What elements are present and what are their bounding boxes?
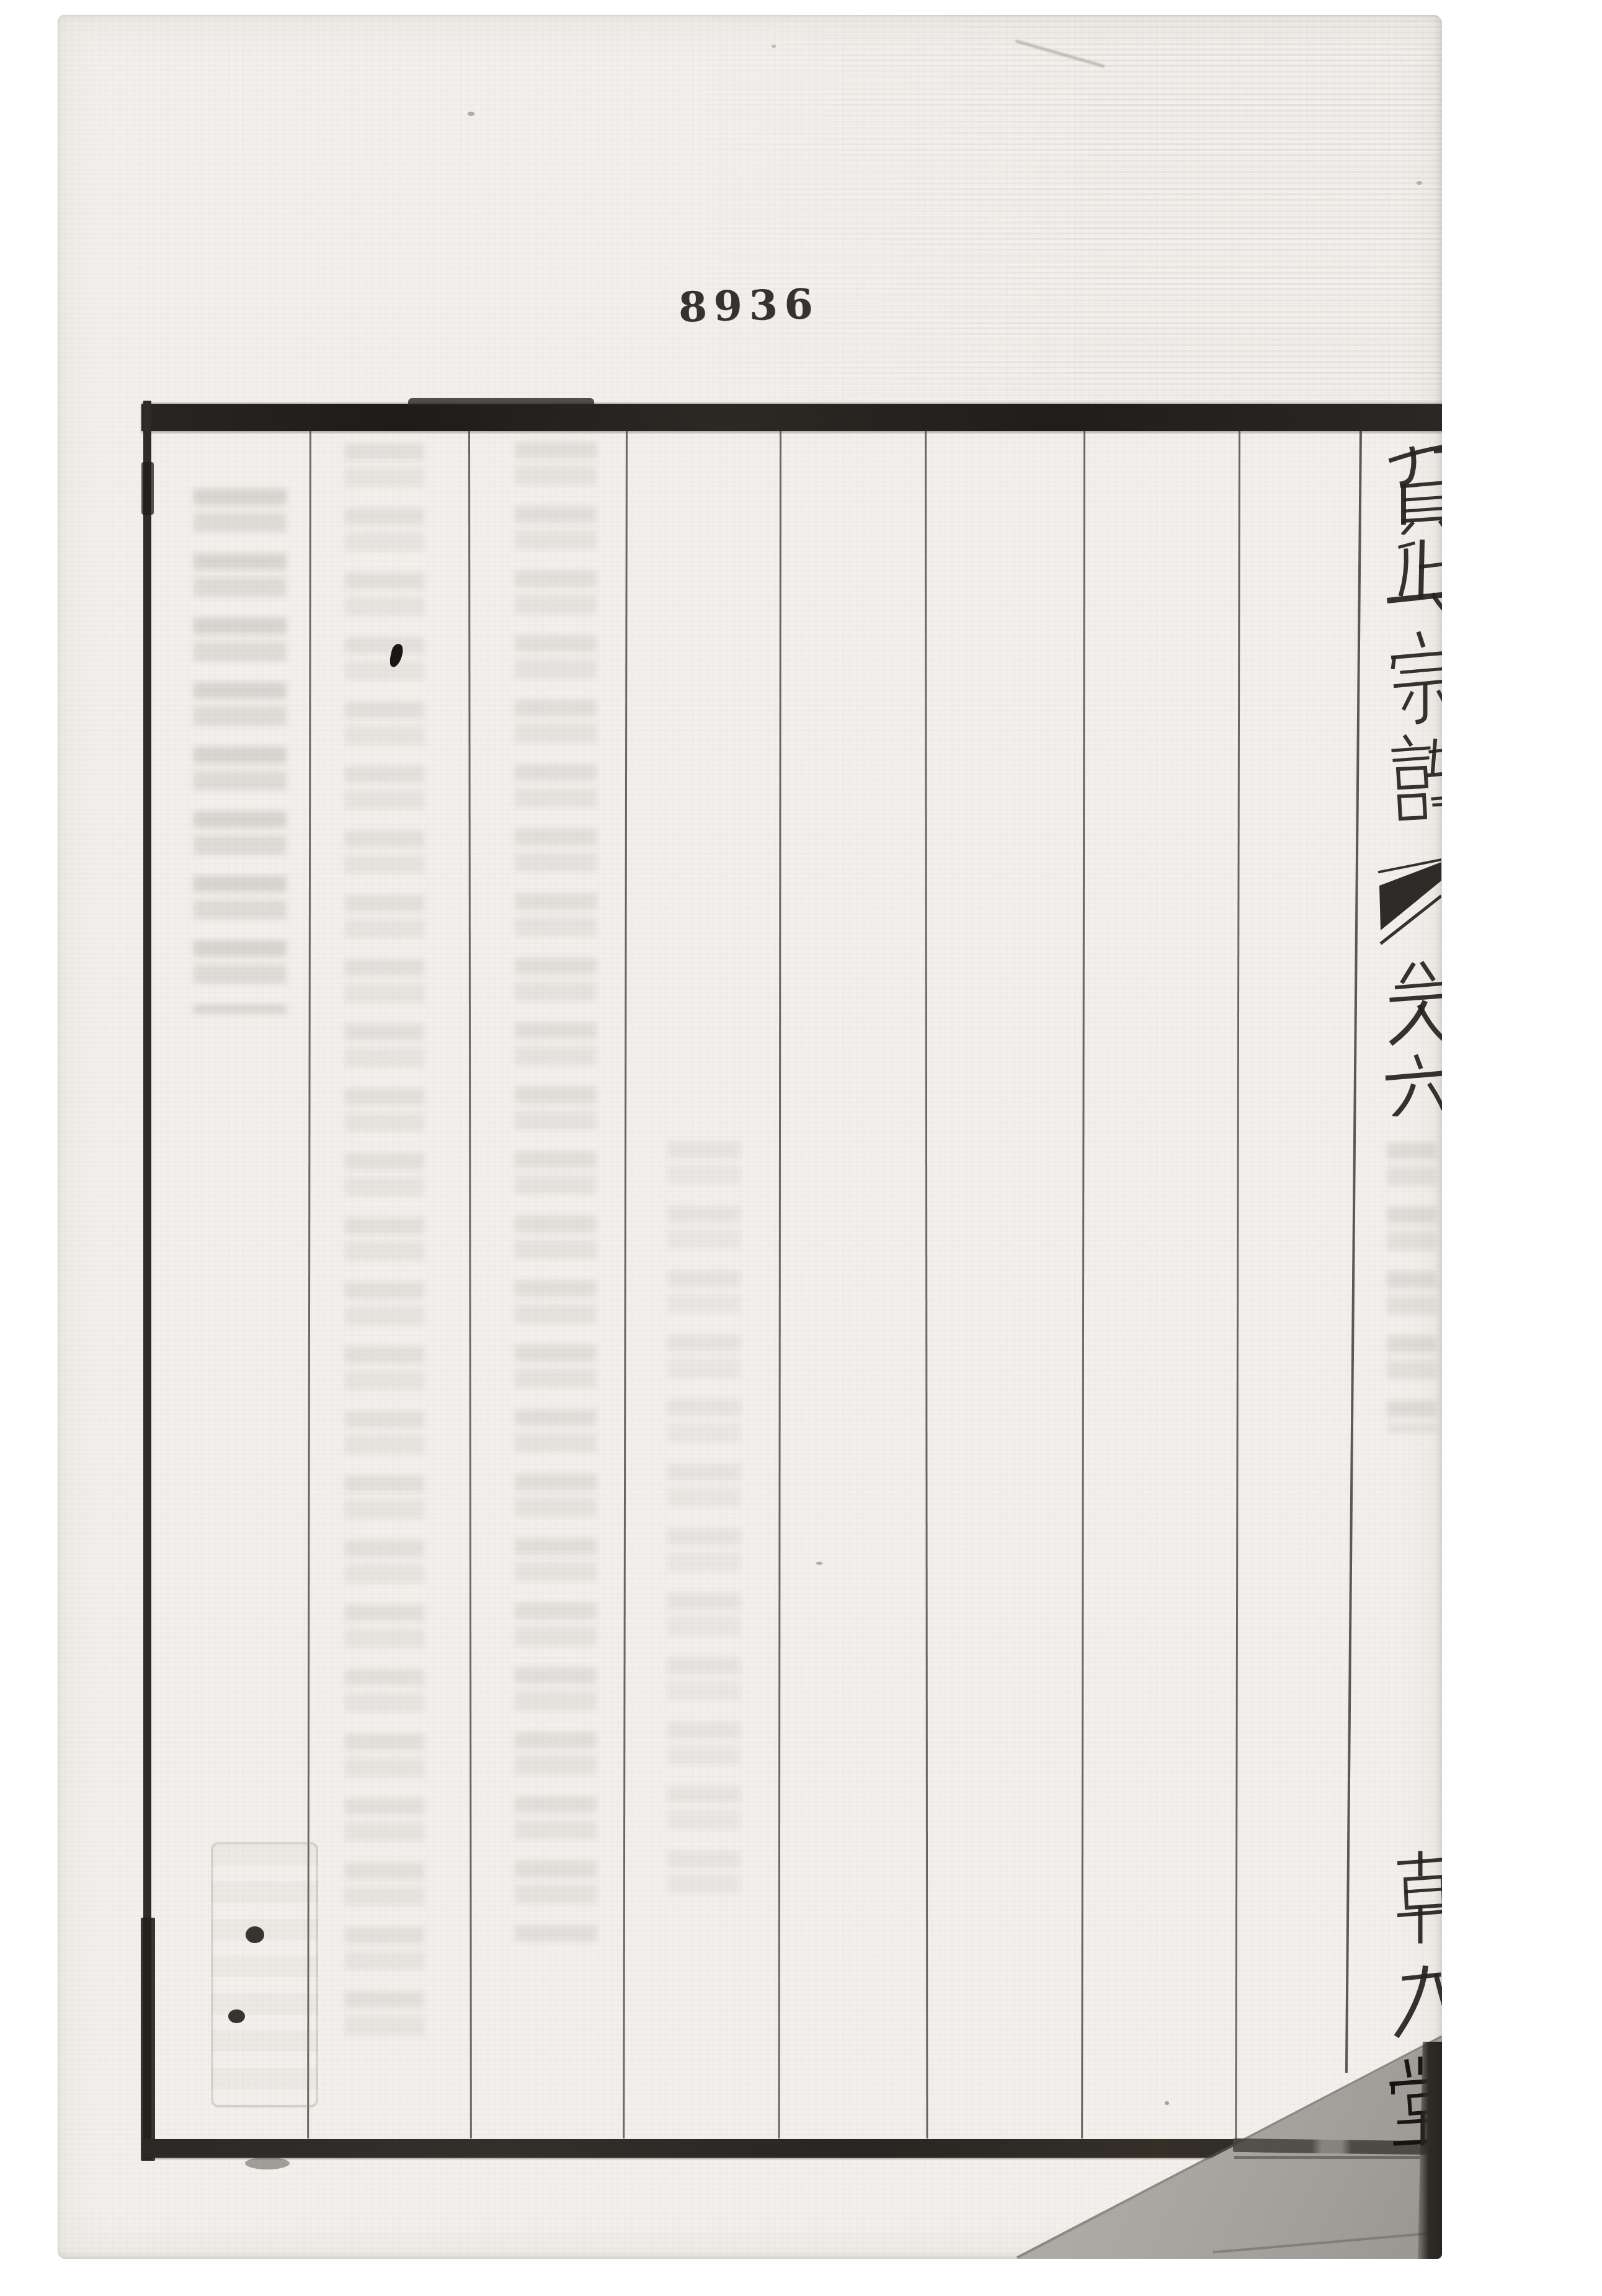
frame-left-border <box>143 401 151 2160</box>
spine-char-zong <box>1384 631 1442 729</box>
spine-char-lower-1 <box>1384 1849 1442 1949</box>
bleedthrough-ghost-column <box>345 443 424 2044</box>
spine-char-juan <box>1382 959 1442 1056</box>
bleedthrough-ghost-column <box>194 489 287 1013</box>
paper-sheet: 8936 賀氏宗譜 卷六 <box>58 15 1442 2259</box>
frame-left-border-knot <box>141 462 154 515</box>
spine-char-liu <box>1382 1054 1442 1116</box>
fishtail-ornament-icon <box>1377 856 1441 963</box>
bleedthrough-ghost-column <box>667 1141 741 1904</box>
spine-char-pu <box>1384 733 1442 832</box>
scanned-page: 8936 賀氏宗譜 卷六 <box>0 0 1602 2296</box>
frame-bottom-border <box>143 2139 1340 2158</box>
spine-char-lower-2 <box>1386 1961 1442 2051</box>
paper-speck <box>816 1562 822 1565</box>
paper-texture-top <box>682 15 1442 412</box>
seal-dot <box>246 1926 264 1943</box>
fold-border-streak-thin <box>1234 2156 1420 2159</box>
archive-stamp-number: 8936 <box>678 282 840 338</box>
bleedthrough-ghost-column <box>1387 1142 1436 1433</box>
frame-left-border-lower <box>141 1918 155 2161</box>
spine-char-he <box>1384 442 1442 535</box>
spine-char-shi <box>1384 535 1442 628</box>
seal-bleedthrough <box>211 1842 318 2107</box>
paper-speck <box>772 45 776 48</box>
frame-top-border <box>141 404 1442 431</box>
paper-speck <box>468 112 474 116</box>
page-art: 8936 賀氏宗譜 卷六 <box>58 15 1442 2259</box>
paper-speck <box>1417 181 1422 185</box>
ink-smudge <box>245 2157 290 2169</box>
seal-dot <box>228 2009 245 2023</box>
paper-speck <box>1165 2101 1169 2105</box>
bleedthrough-ghost-column <box>515 442 597 1942</box>
